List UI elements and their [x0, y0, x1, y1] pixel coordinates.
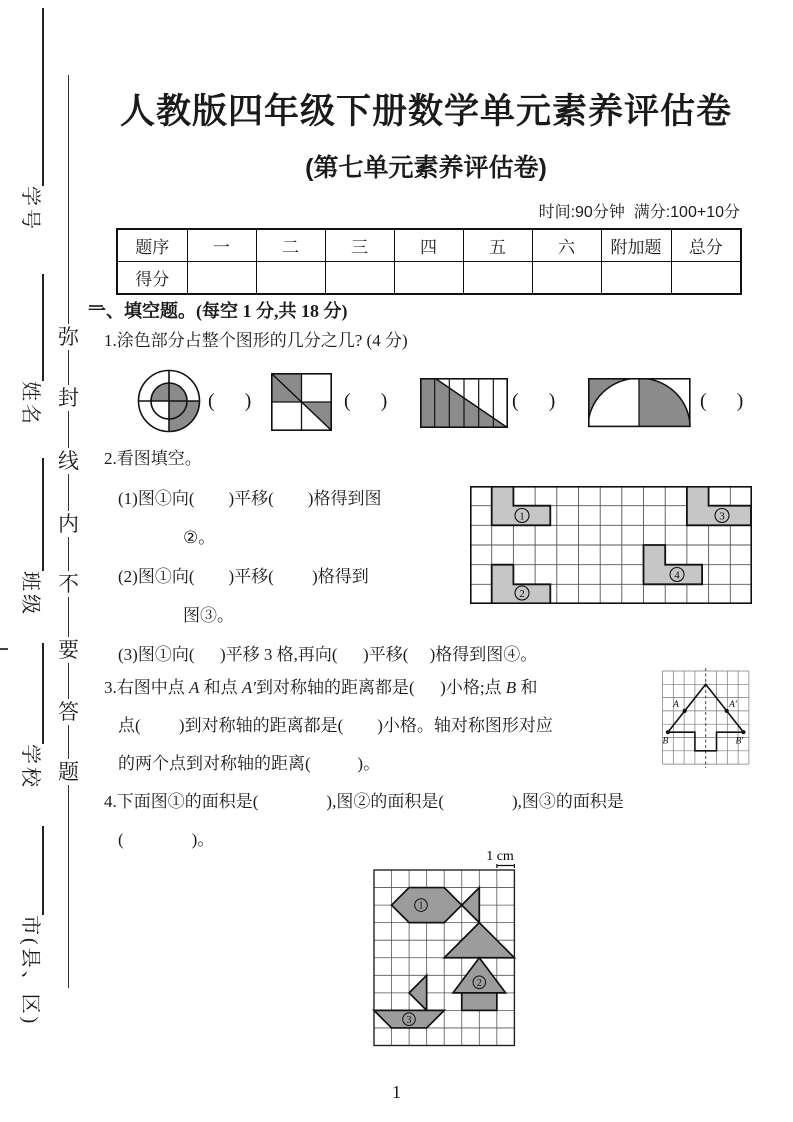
unit-bracket [497, 864, 515, 868]
q2-shape-label-3: 3 [719, 511, 725, 523]
question-3-line-1: 3.右图中点 A 和点 A′到对称轴的距离都是( )小格;点 B 和 [104, 676, 537, 700]
q3-label-b-prime: B′ [736, 737, 745, 747]
score-cell-empty [532, 262, 601, 295]
q4-area-grid: 1 cm 1 2 3 [372, 845, 519, 1048]
page-title: 人教版四年级下册数学单元素养评估卷 [104, 84, 748, 134]
seal-char: 线 [56, 448, 81, 474]
q3-text: 和点 [199, 678, 242, 697]
q4-unit-label: 1 cm [486, 849, 514, 864]
q3-label-a: A [672, 700, 679, 710]
question-1-text: 1.涂色部分占整个图形的几分之几? (4 分) [104, 329, 408, 353]
seal-char: 封 [56, 385, 81, 411]
time-score-info: 时间:90分钟 满分:100+10分 [539, 199, 740, 222]
score-header-cell: 五 [463, 229, 532, 262]
q2-shape-label-4: 4 [674, 570, 680, 582]
q2-item-1-line-2: ②。 [183, 526, 215, 550]
score-table-header-row: 题序 一 二 三 四 五 六 附加题 总分 [117, 229, 741, 262]
student-field-line [42, 8, 44, 186]
q4-shape-label-2: 2 [477, 978, 482, 989]
sidebar-field-school: 学校 [18, 744, 47, 790]
page-number: 1 [0, 1082, 793, 1103]
page-subtitle: (第七单元素养评估卷) [104, 148, 748, 184]
score-header-cell: 题序 [117, 229, 187, 262]
fold-mark [0, 648, 8, 650]
boat-sail-shape [409, 975, 427, 1010]
score-header-cell: 二 [256, 229, 325, 262]
score-cell-empty [601, 262, 671, 295]
question-4-line-2: ( )。 [118, 828, 214, 852]
fish-tail-shape [462, 888, 480, 923]
score-cell-empty [394, 262, 463, 295]
q3-point-a-prime: A′ [242, 678, 256, 697]
seal-char: 答 [56, 699, 81, 725]
score-header-cell: 一 [187, 229, 256, 262]
score-cell-empty [187, 262, 256, 295]
question-3-line-3: 的两个点到对称轴的距离( )。 [118, 752, 380, 776]
seal-char: 题 [56, 759, 81, 785]
student-field-line [42, 274, 44, 381]
q2-shape-label-1: 1 [519, 511, 525, 523]
score-header-cell: 六 [532, 229, 601, 262]
q1-figure-square [271, 373, 332, 431]
q4-shape-label-1: 1 [419, 901, 424, 912]
score-table-score-row: 得分 [117, 262, 741, 295]
score-header-cell: 三 [325, 229, 394, 262]
q1-blank-3: ( ) [512, 390, 555, 413]
score-cell-empty [671, 262, 741, 295]
q2-shape-label-2: 2 [519, 588, 525, 600]
score-cell-empty [325, 262, 394, 295]
q1-blank-1: ( ) [208, 390, 251, 413]
score-header-cell: 四 [394, 229, 463, 262]
question-2-text: 2.看图填空。 [104, 447, 202, 471]
score-header-cell: 总分 [671, 229, 741, 262]
q1-figure-circles [137, 369, 201, 433]
q3-label-a-prime: A′ [728, 700, 738, 710]
score-cell-empty [256, 262, 325, 295]
section-one-heading: 一、填空题。(每空 1 分,共 18 分) [88, 297, 348, 323]
q4-shape-label-3: 3 [407, 1015, 412, 1026]
q2-item-2-line-1: (2)图①向( )平移( )格得到 [118, 565, 369, 589]
q1-figure-arcs [588, 378, 691, 428]
sidebar-field-name: 姓名 [18, 381, 47, 427]
score-table: 题序 一 二 三 四 五 六 附加题 总分 得分 [116, 228, 742, 295]
q3-point-b: B [506, 678, 516, 697]
q1-blank-4: ( ) [700, 390, 743, 413]
q3-text: 和 [516, 678, 537, 697]
score-header-cell: 附加题 [601, 229, 671, 262]
exam-page: 学号 姓名 班级 学校 市(县、区) 弥 封 线 内 不 要 答 题 人教版四年… [0, 0, 793, 1122]
question-3-line-2: 点( )到对称轴的距离都是( )小格。轴对称图形对应 [118, 714, 553, 738]
fish-body-shape [392, 888, 462, 923]
seal-char: 要 [56, 637, 81, 663]
sidebar-field-class: 班级 [18, 571, 47, 617]
q3-point-a: A [189, 678, 199, 697]
student-field-line [42, 826, 44, 915]
q3-label-b: B [663, 737, 669, 747]
q2-translation-grid: 1 2 3 4 [470, 486, 752, 604]
q2-item-2-line-2: 图③。 [183, 604, 234, 628]
q2-item-1-line-1: (1)图①向( )平移( )格得到图 [118, 487, 381, 511]
sidebar-field-student-id: 学号 [18, 186, 47, 232]
student-field-line [42, 458, 44, 571]
q1-blank-2: ( ) [344, 390, 387, 413]
sidebar-field-city: 市(县、区) [18, 915, 47, 1026]
seal-char: 弥 [56, 324, 81, 350]
question-4-line-1: 4.下面图①的面积是( ),图②的面积是( ),图③的面积是 [104, 790, 624, 814]
seal-char: 内 [56, 511, 81, 537]
q3-text: 到对称轴的距离都是( )小格;点 [256, 678, 506, 697]
seal-char: 不 [56, 571, 81, 597]
student-field-line [42, 643, 44, 744]
score-cell-empty [463, 262, 532, 295]
tree-trunk [462, 993, 497, 1011]
q3-text: 3.右图中点 [104, 678, 189, 697]
score-row-label: 得分 [117, 262, 187, 295]
q1-figure-strips [420, 378, 508, 428]
q2-item-3: (3)图①向( )平移 3 格,再向( )平移( )格得到图④。 [118, 643, 537, 667]
q3-symmetry-figure: A A′ B B′ [661, 668, 751, 768]
